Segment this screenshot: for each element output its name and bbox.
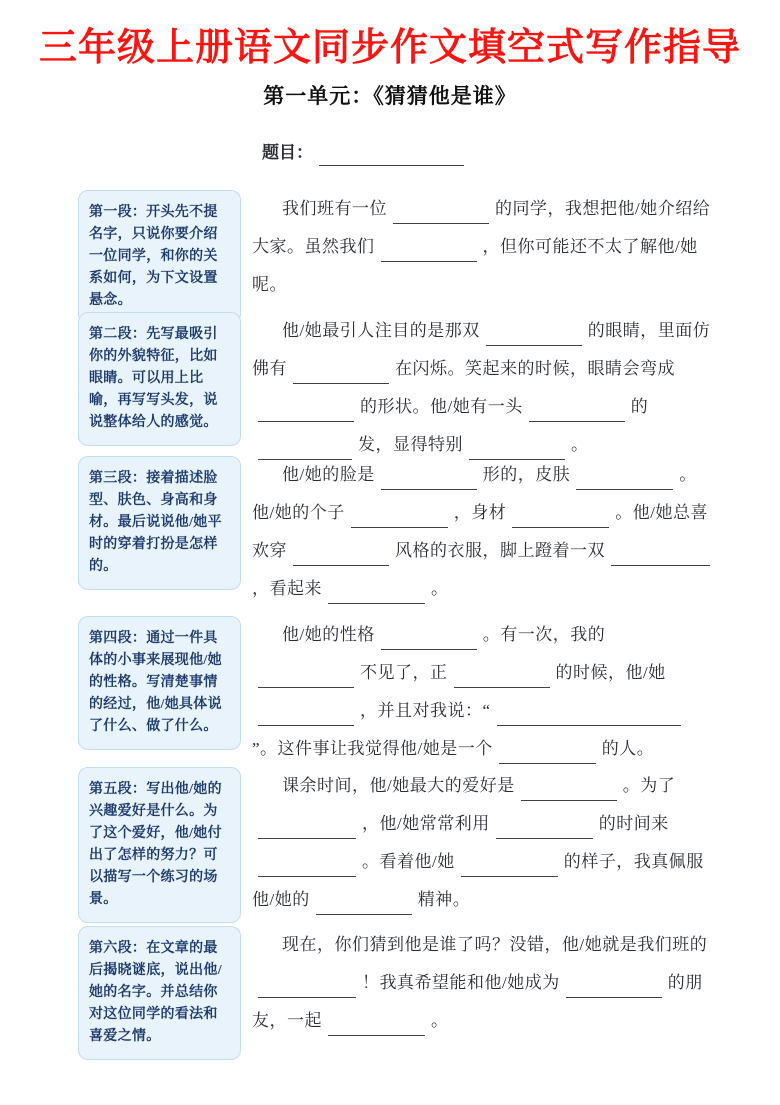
text-line: ，并且对我说：“ xyxy=(252,692,752,730)
text-segment: 的 xyxy=(631,397,649,416)
text-segment: 。他/她总喜 xyxy=(615,503,708,522)
text-segment: 的时间来 xyxy=(599,814,669,833)
section-note-label: 第五段： xyxy=(89,782,146,797)
text-segment: 不见了，正 xyxy=(360,663,448,682)
fill-blank xyxy=(258,675,354,688)
text-segment: 。 xyxy=(431,579,449,598)
fill-blank xyxy=(512,515,609,528)
section-note-box: 第四段：通过一件具体的小事来展现他/她的性格。写清楚事情的经过，他/她具体说了什… xyxy=(78,616,241,750)
fill-blank xyxy=(566,985,662,998)
section-note-text: 写出他/她的兴趣爱好是什么。为了这个爱好，他/她付出了怎样的努力？可以描写一个练… xyxy=(89,782,222,907)
text-segment: 欢穿 xyxy=(252,541,287,560)
section-row: 第六段：在文章的最后揭晓谜底，说出他/她的名字。并总结你对这位同学的看法和喜爱之… xyxy=(78,926,754,1060)
section-row: 第一段：开头先不提名字，只说你要介绍一位同学，和你的关系如何，为下文设置悬念。我… xyxy=(78,190,754,324)
text-line: ”。这件事让我觉得他/她是一个的人。 xyxy=(252,730,752,768)
text-segment: ，他/她常常利用 xyxy=(362,814,490,833)
text-segment: 精神。 xyxy=(418,890,471,909)
fill-blank xyxy=(486,333,582,346)
section-note-box: 第六段：在文章的最后揭晓谜底，说出他/她的名字。并总结你对这位同学的看法和喜爱之… xyxy=(78,926,241,1060)
text-line: ，看起来。 xyxy=(252,570,752,608)
section-note-text: 接着描述脸型、肤色、身高和身材。最后说说他/她平时的穿着打扮是怎样的。 xyxy=(89,471,222,574)
section-note-label: 第六段： xyxy=(89,941,146,956)
text-line: 大家。虽然我们，但你可能还不太了解他/她 xyxy=(252,228,752,266)
text-segment: ，看起来 xyxy=(252,579,322,598)
text-line: 他/她的个子，身材。他/她总喜 xyxy=(252,494,752,532)
text-segment: 大家。虽然我们 xyxy=(252,237,375,256)
fill-blank xyxy=(293,553,389,566)
text-segment: 在闪烁。笑起来的时候，眼睛会弯成 xyxy=(395,359,675,378)
section-text-column: 他/她最引人注目的是那双的眼睛，里面仿佛有在闪烁。笑起来的时候，眼睛会弯成的形状… xyxy=(252,312,752,464)
topic-row: 题目： xyxy=(262,138,470,163)
fill-blank xyxy=(328,1023,425,1036)
text-segment: 。 xyxy=(431,1011,449,1030)
text-segment: ！我真希望能和他/她成为 xyxy=(362,973,560,992)
section-note-label: 第三段： xyxy=(89,471,146,486)
text-segment: 呢。 xyxy=(252,275,287,294)
fill-blank xyxy=(258,985,356,998)
text-segment: ”。这件事让我觉得他/她是一个 xyxy=(252,739,493,758)
section-note-box: 第三段：接着描述脸型、肤色、身高和身材。最后说说他/她平时的穿着打扮是怎样的。 xyxy=(78,456,241,590)
text-line: 现在，你们猜到他是谁了吗？没错，他/她就是我们班的 xyxy=(252,926,752,964)
fill-blank xyxy=(316,902,412,915)
text-line: 他/她的精神。 xyxy=(252,881,752,919)
section-note-label: 第四段： xyxy=(89,631,146,646)
text-line: ，他/她常常利用的时间来 xyxy=(252,805,752,843)
text-segment: 形的，皮肤 xyxy=(483,465,571,484)
section-text-column: 他/她的脸是形的，皮肤。他/她的个子，身材。他/她总喜欢穿风格的衣服，脚上蹬着一… xyxy=(252,456,752,608)
text-line: 友，一起。 xyxy=(252,1002,752,1040)
fill-blank xyxy=(461,864,558,877)
text-segment: ，但你可能还不太了解他/她 xyxy=(483,237,698,256)
section-note-label: 第一段： xyxy=(89,205,146,220)
section-text-column: 我们班有一位的同学，我想把他/她介绍给大家。虽然我们，但你可能还不太了解他/她呢… xyxy=(252,190,752,304)
worksheet-page: 三年级上册语文同步作文填空式写作指导 第一单元：《猜猜他是谁》 题目： 第一段：… xyxy=(0,0,780,1105)
section-note-text: 开头先不提名字，只说你要介绍一位同学，和你的关系如何，为下文设置悬念。 xyxy=(89,205,218,308)
text-segment: 发，显得特别 xyxy=(358,435,463,454)
fill-blank xyxy=(258,826,356,839)
text-segment: 的形状。他/她有一头 xyxy=(360,397,523,416)
fill-blank xyxy=(497,713,681,726)
text-segment: 他/她的性格 xyxy=(282,625,375,644)
fill-blank xyxy=(258,713,354,726)
fill-blank xyxy=(258,409,354,422)
text-line: 佛有在闪烁。笑起来的时候，眼睛会弯成 xyxy=(252,350,752,388)
text-segment: 。有一次，我的 xyxy=(483,625,606,644)
topic-label: 题目： xyxy=(262,143,313,162)
fill-blank xyxy=(351,515,448,528)
text-segment: 的眼睛，里面仿 xyxy=(588,321,711,340)
fill-blank xyxy=(293,371,389,384)
section-row: 第二段：先写最吸引你的外貌特征，比如眼睛。可以用上比喻，再写写头发，说说整体给人… xyxy=(78,312,754,464)
text-segment: ，身材 xyxy=(454,503,507,522)
text-segment: 课余时间，他/她最大的爱好是 xyxy=(282,776,515,795)
fill-blank xyxy=(381,637,477,650)
text-line: 。看着他/她的样子，我真佩服 xyxy=(252,843,752,881)
fill-blank xyxy=(381,477,477,490)
text-segment: 风格的衣服，脚上蹬着一双 xyxy=(395,541,605,560)
section-text-column: 现在，你们猜到他是谁了吗？没错，他/她就是我们班的！我真希望能和他/她成为的朋友… xyxy=(252,926,752,1040)
text-segment: 他/她的个子 xyxy=(252,503,345,522)
topic-fill-blank xyxy=(319,153,464,166)
text-segment: 我们班有一位 xyxy=(282,199,387,218)
text-segment: 。 xyxy=(679,465,697,484)
fill-blank xyxy=(499,751,596,764)
text-line: 不见了，正的时候，他/她 xyxy=(252,654,752,692)
text-line: ！我真希望能和他/她成为的朋 xyxy=(252,964,752,1002)
fill-blank xyxy=(496,826,593,839)
fill-blank xyxy=(393,211,489,224)
text-line: 他/她的脸是形的，皮肤。 xyxy=(252,456,752,494)
fill-blank xyxy=(258,864,356,877)
text-segment: 。看着他/她 xyxy=(362,852,455,871)
text-segment: 。 xyxy=(571,435,589,454)
text-segment: 的人。 xyxy=(602,739,655,758)
section-row: 第五段：写出他/她的兴趣爱好是什么。为了这个爱好，他/她付出了怎样的努力？可以描… xyxy=(78,767,754,923)
text-segment: 他/她的 xyxy=(252,890,310,909)
section-row: 第三段：接着描述脸型、肤色、身高和身材。最后说说他/她平时的穿着打扮是怎样的。他… xyxy=(78,456,754,608)
text-segment: ，并且对我说：“ xyxy=(360,701,491,720)
text-segment: 他/她的脸是 xyxy=(282,465,375,484)
text-line: 的形状。他/她有一头的 xyxy=(252,388,752,426)
text-line: 呢。 xyxy=(252,266,752,304)
page-subtitle: 第一单元：《猜猜他是谁》 xyxy=(0,80,780,110)
section-note-text: 在文章的最后揭晓谜底，说出他/她的名字。并总结你对这位同学的看法和喜爱之情。 xyxy=(89,941,222,1044)
fill-blank xyxy=(611,553,710,566)
fill-blank xyxy=(381,249,477,262)
section-note-box: 第五段：写出他/她的兴趣爱好是什么。为了这个爱好，他/她付出了怎样的努力？可以描… xyxy=(78,767,241,923)
text-segment: 他/她最引人注目的是那双 xyxy=(282,321,480,340)
text-segment: 佛有 xyxy=(252,359,287,378)
text-segment: 。为了 xyxy=(623,776,676,795)
section-text-column: 他/她的性格。有一次，我的不见了，正的时候，他/她，并且对我说：“”。这件事让我… xyxy=(252,616,752,768)
text-line: 我们班有一位的同学，我想把他/她介绍给 xyxy=(252,190,752,228)
fill-blank xyxy=(328,591,425,604)
fill-blank xyxy=(529,409,625,422)
text-segment: 友，一起 xyxy=(252,1011,322,1030)
text-line: 他/她的性格。有一次，我的 xyxy=(252,616,752,654)
text-line: 欢穿风格的衣服，脚上蹬着一双 xyxy=(252,532,752,570)
section-note-label: 第二段： xyxy=(89,327,146,342)
section-note-text: 先写最吸引你的外貌特征，比如眼睛。可以用上比喻，再写写头发，说说整体给人的感觉。 xyxy=(89,327,218,430)
section-note-box: 第二段：先写最吸引你的外貌特征，比如眼睛。可以用上比喻，再写写头发，说说整体给人… xyxy=(78,312,241,446)
text-segment: 的同学，我想把他/她介绍给 xyxy=(495,199,710,218)
fill-blank xyxy=(454,675,550,688)
section-note-box: 第一段：开头先不提名字，只说你要介绍一位同学，和你的关系如何，为下文设置悬念。 xyxy=(78,190,241,324)
text-segment: 的朋 xyxy=(668,973,703,992)
text-segment: 的时候，他/她 xyxy=(556,663,666,682)
section-row: 第四段：通过一件具体的小事来展现他/她的性格。写清楚事情的经过，他/她具体说了什… xyxy=(78,616,754,768)
section-note-text: 通过一件具体的小事来展现他/她的性格。写清楚事情的经过，他/她具体说了什么、做了… xyxy=(89,631,222,734)
text-line: 课余时间，他/她最大的爱好是。为了 xyxy=(252,767,752,805)
fill-blank xyxy=(576,477,673,490)
text-segment: 现在，你们猜到他是谁了吗？没错，他/她就是我们班的 xyxy=(282,935,707,954)
section-text-column: 课余时间，他/她最大的爱好是。为了，他/她常常利用的时间来。看着他/她的样子，我… xyxy=(252,767,752,919)
text-line: 他/她最引人注目的是那双的眼睛，里面仿 xyxy=(252,312,752,350)
page-title: 三年级上册语文同步作文填空式写作指导 xyxy=(0,16,780,71)
text-segment: 的样子，我真佩服 xyxy=(564,852,704,871)
fill-blank xyxy=(521,788,617,801)
